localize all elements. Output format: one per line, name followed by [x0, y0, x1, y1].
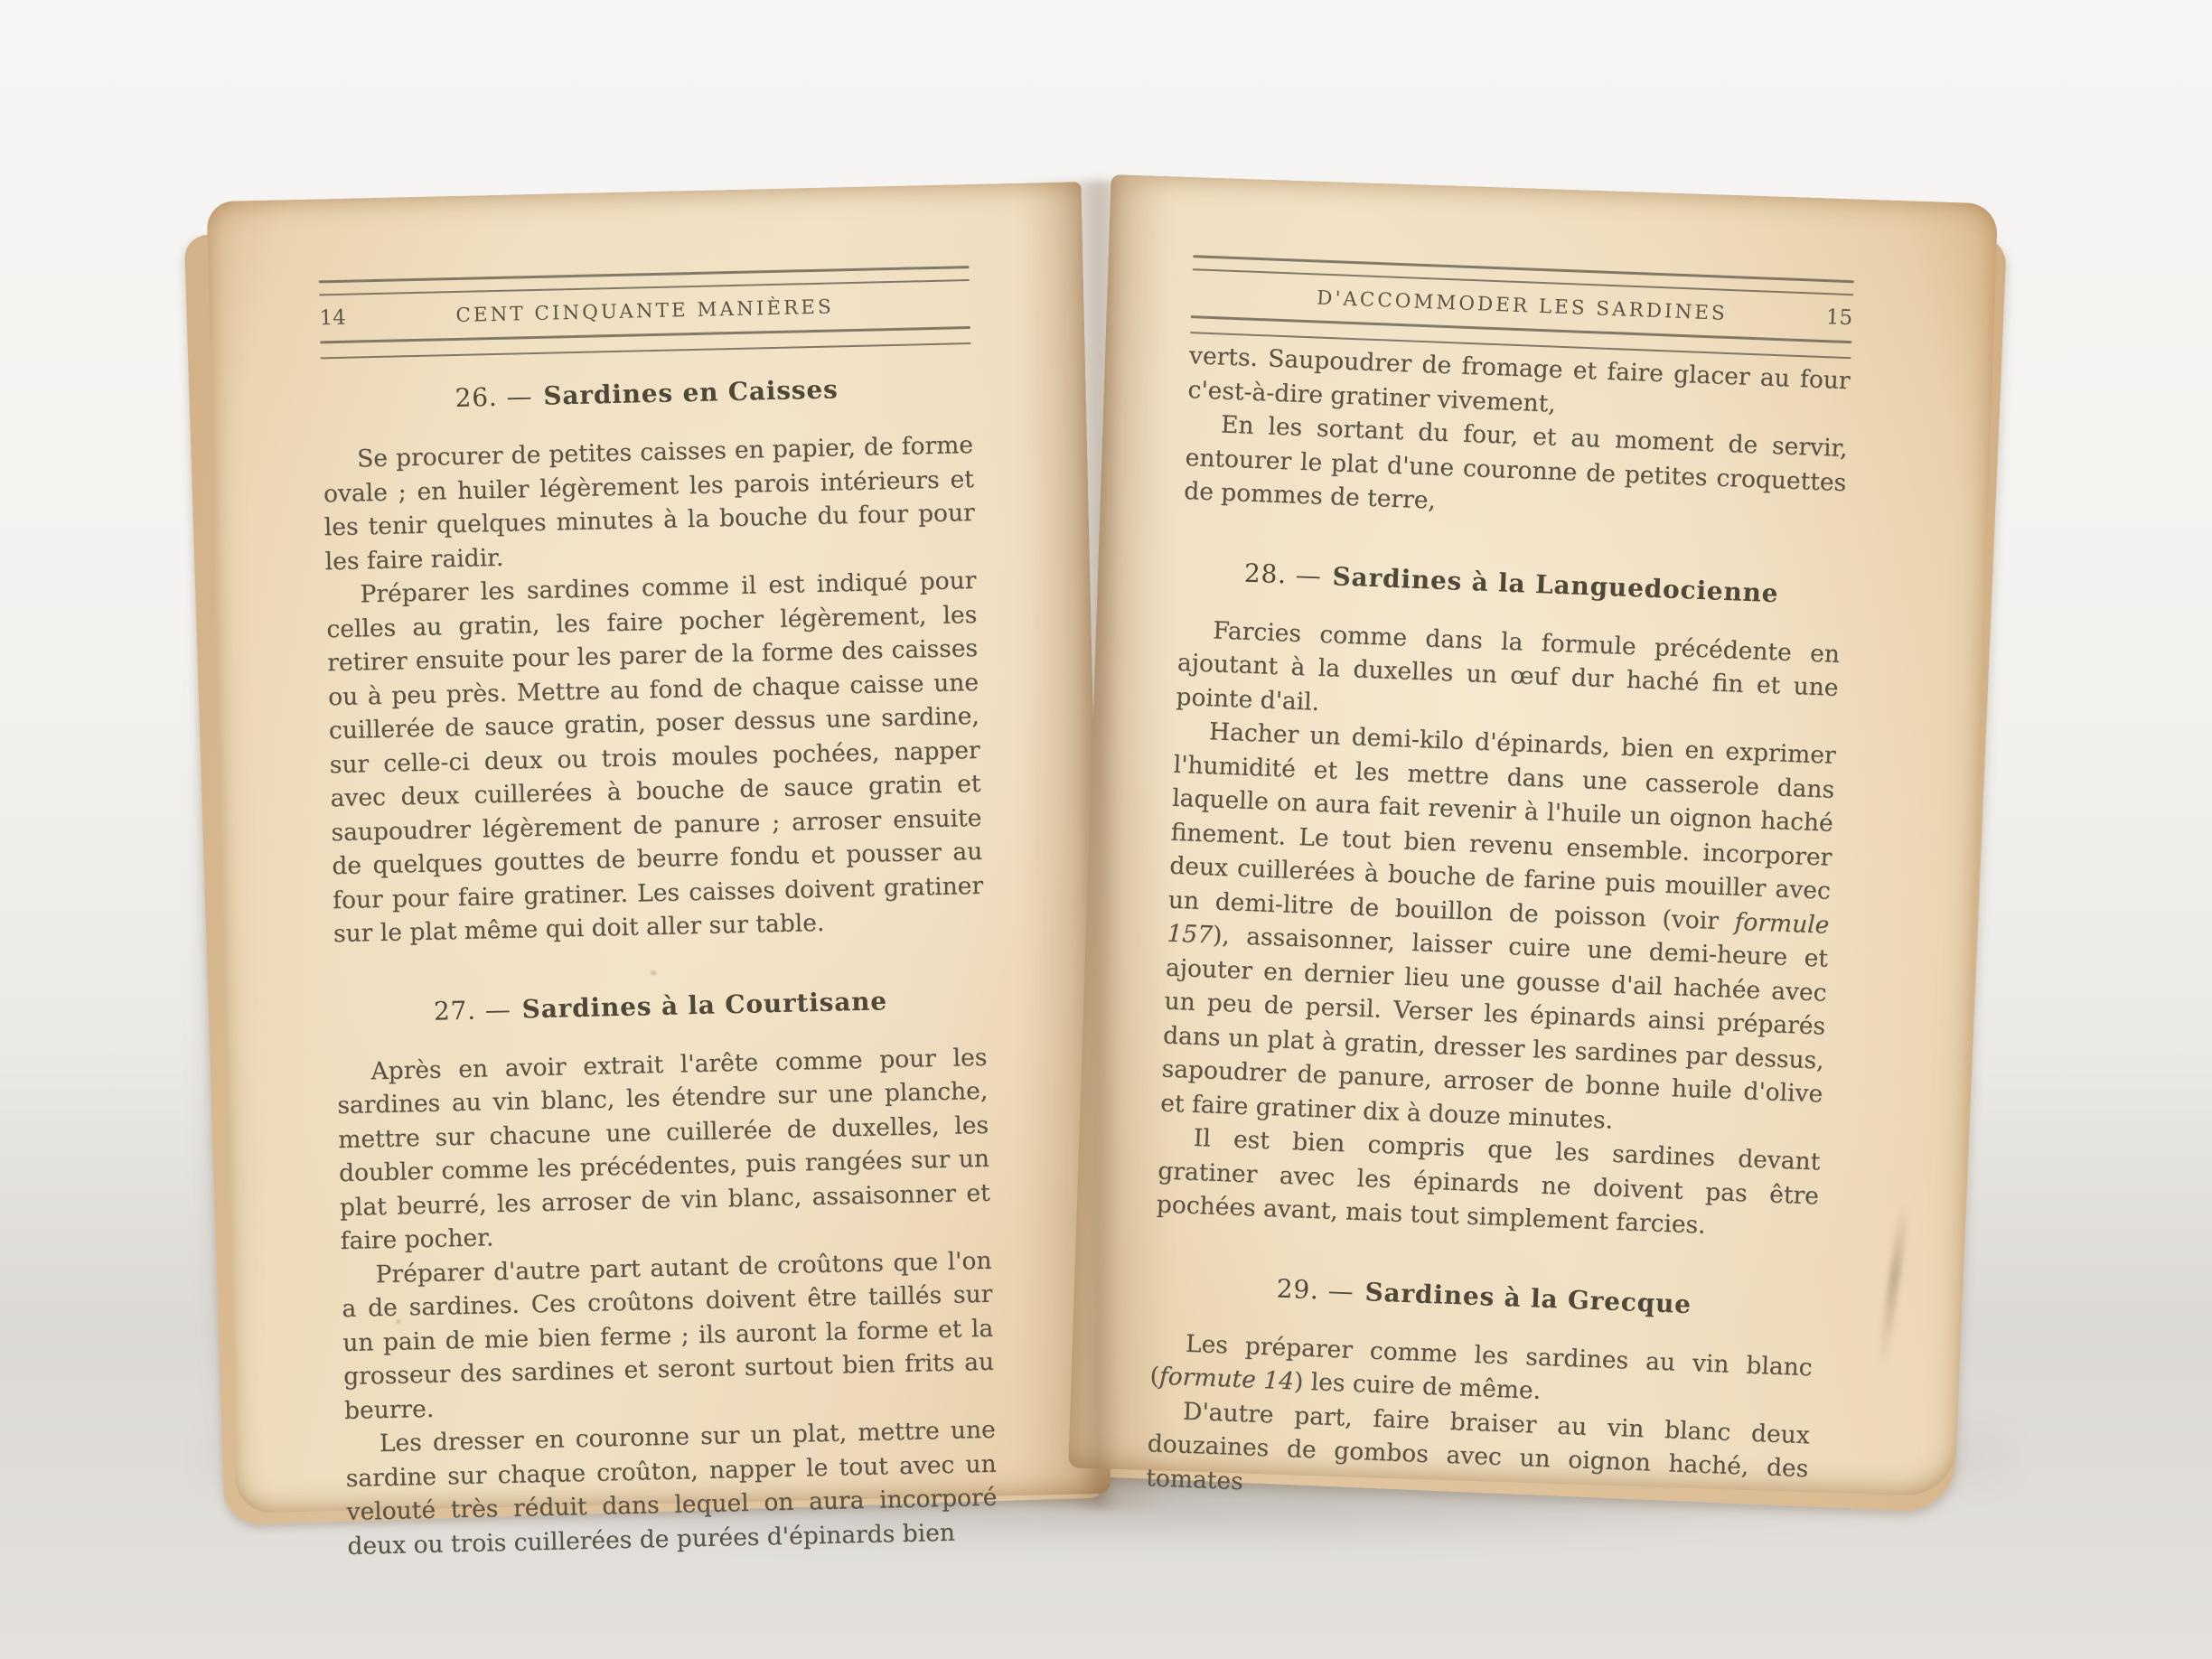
recipe-number: 26.	[455, 382, 498, 413]
paragraph-text: ), assaisonner, laisser cuire une demi-h…	[1160, 922, 1829, 1135]
recipe-number: 27.	[434, 995, 477, 1026]
paragraph-text: Hacher un demi-kilo d'épinards, bien en …	[1167, 717, 1836, 935]
recipe-dash: —	[1295, 559, 1322, 590]
rule-line	[320, 326, 970, 343]
page-edge-stain	[1877, 1204, 1910, 1366]
right-page-text-column: D'ACCOMMODER LES SARDINES 15 verts. Saup…	[1146, 255, 1854, 1520]
paragraph: Préparer d'autre part autant de croûtons…	[341, 1243, 995, 1428]
rule-line	[321, 342, 971, 360]
header-rules-bottom	[320, 326, 970, 359]
right-page: D'ACCOMMODER LES SARDINES 15 verts. Saup…	[1068, 174, 1998, 1497]
left-header-row: 14 CENT CINQUANTE MANIÈRES	[319, 292, 970, 330]
left-header-spacer	[907, 310, 970, 312]
left-page-text-column: 14 CENT CINQUANTE MANIÈRES 26.—Sardines …	[319, 266, 998, 1563]
left-running-head: 14 CENT CINQUANTE MANIÈRES	[319, 266, 971, 359]
recipe-26-heading: 26.—Sardines en Caisses	[321, 371, 972, 416]
recipe-title: Sardines à la Courtisane	[521, 986, 887, 1024]
recipe-number: 29.	[1276, 1273, 1319, 1305]
right-page-number: 15	[1789, 305, 1853, 331]
recipe-dash: —	[1327, 1275, 1354, 1306]
left-page-number: 14	[319, 305, 383, 331]
paragraph: Hacher un demi-kilo d'épinards, bien en …	[1160, 714, 1837, 1146]
paragraph-text: ) les cuire de même.	[1293, 1367, 1541, 1404]
paragraph: Se procurer de petites caisses en papier…	[323, 428, 976, 578]
left-header-title: CENT CINQUANTE MANIÈRES	[382, 295, 906, 329]
recipe-28-heading: 28.—Sardines à la Languedocienne	[1180, 555, 1842, 610]
recipe-title: Sardines à la Grecque	[1364, 1277, 1692, 1319]
header-rules-top	[319, 266, 970, 295]
recipe-title: Sardines en Caisses	[543, 374, 839, 410]
italic-reference: formute 14	[1158, 1363, 1294, 1396]
paragraph: Les dresser en couronne sur un plat, met…	[344, 1413, 998, 1563]
left-page: 14 CENT CINQUANTE MANIÈRES 26.—Sardines …	[207, 182, 1111, 1514]
recipe-27-heading: 27.—Sardines à la Courtisane	[335, 983, 987, 1027]
recipe-29-heading: 29.—Sardines à la Grecque	[1153, 1269, 1815, 1324]
rule-line	[319, 266, 970, 283]
photo-background: 14 CENT CINQUANTE MANIÈRES 26.—Sardines …	[0, 0, 2212, 1659]
paragraph: Après en avoir extrait l'arête comme pou…	[336, 1040, 991, 1258]
right-header-spacer	[1191, 299, 1254, 302]
recipe-title: Sardines à la Languedocienne	[1332, 561, 1779, 608]
recipe-dash: —	[506, 381, 533, 412]
recipe-dash: —	[485, 994, 512, 1025]
recipe-number: 28.	[1243, 558, 1287, 589]
rule-line	[1193, 255, 1854, 283]
paragraph: Préparer les sardines comme il est indiq…	[325, 564, 984, 951]
